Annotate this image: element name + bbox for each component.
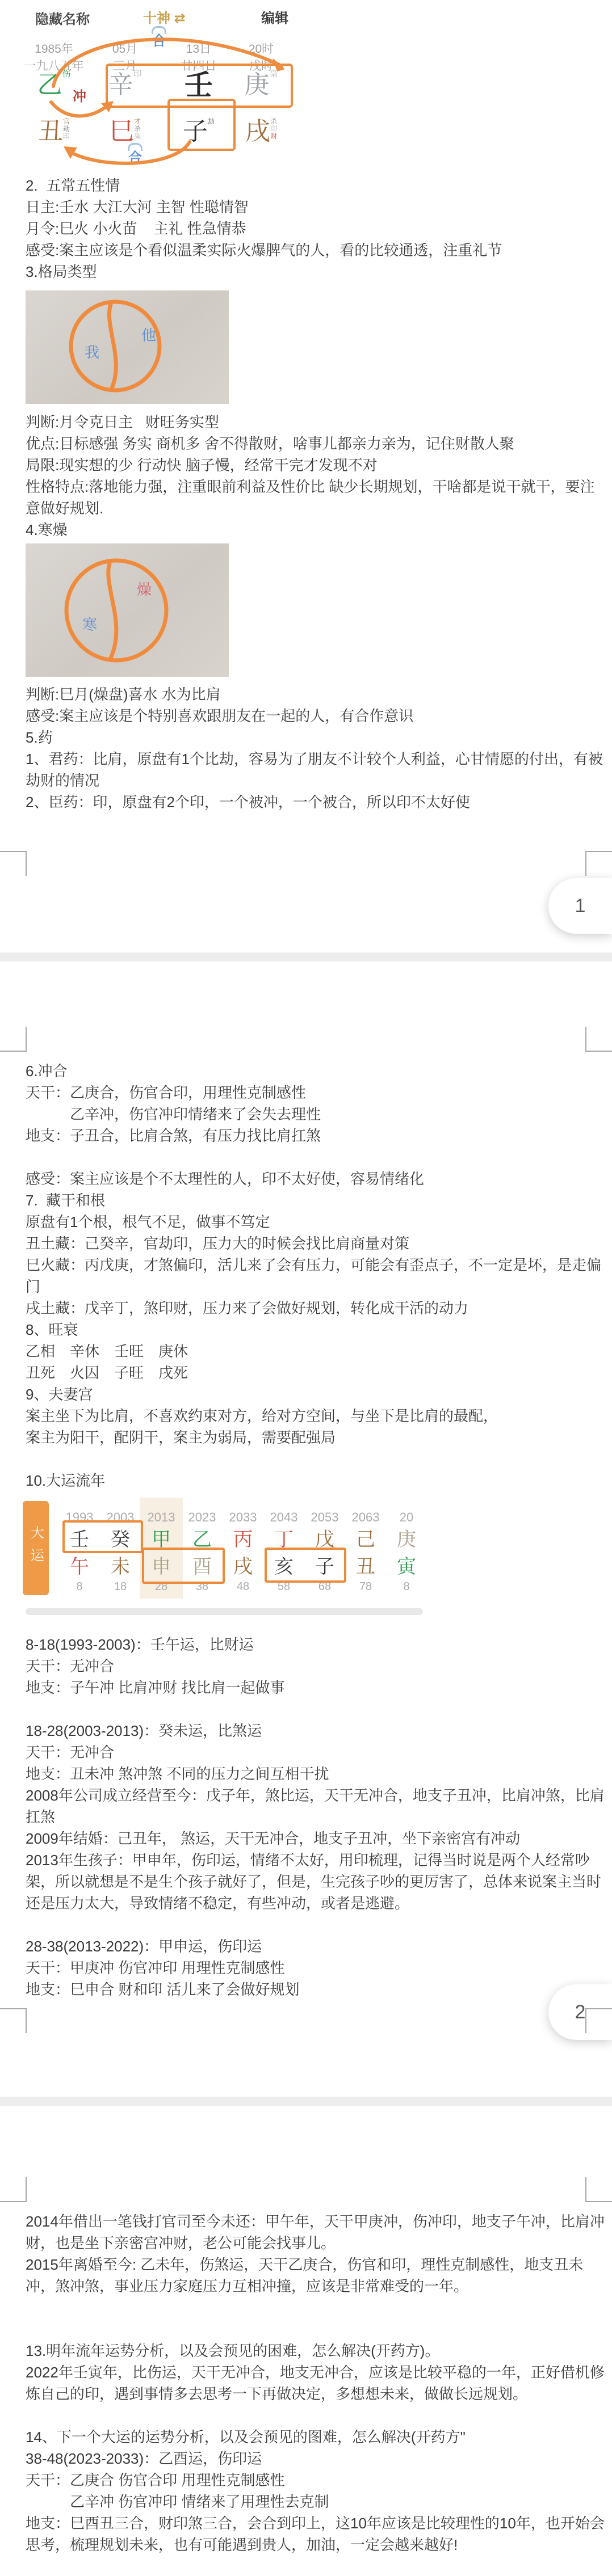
annotation-box-haizi	[265, 1548, 346, 1583]
text-line: 感受:案主应该是个看似温柔实际火爆脾气的人，看的比较通透，注重礼节	[26, 239, 595, 261]
page-3: 2014年借出一笔钱打官司至今未还：甲午年，天干甲庚冲，伤冲印，地支子午冲，比肩…	[0, 2106, 612, 2576]
cold-label: 寒	[82, 616, 97, 633]
text-line: 感受:案主应该是个特别喜欢跟朋友在一起的人，有合作意识	[26, 705, 595, 727]
text-line: 2. 五常五性情	[26, 175, 595, 196]
text-line: 地支：丑未冲 煞冲煞 不同的压力之间互相干扰	[26, 1763, 595, 1785]
text-line: 案主为阳干，配阴干，案主为弱局，需要配强局	[26, 1427, 595, 1448]
document-canvas: 隐藏名称 十神 ⇄ 编辑 合 1985年一九八五年乙伤丑官劫印05月三月辛印巳才…	[0, 0, 612, 2576]
text-line: 感受：案主应该是个不太理性的人，印不太好使，容易情绪化	[26, 1168, 595, 1190]
other-label: 他	[141, 327, 156, 344]
dayun-start-age: 18	[100, 1580, 141, 1593]
text-line: 2022年壬寅年，比伤运，天干无冲合，地支无冲合，应该是比较平稳的一年，正好借机…	[26, 2362, 595, 2383]
text-line: 财，也是坐下亲密宫冲财，老公可能会找事儿。	[26, 2232, 595, 2254]
text-line: 戌土藏：戊辛丁，煞印财，压力来了会做好规划，转化成干活的动力	[26, 1297, 595, 1319]
text-line: 性格特点:落地能力强，注重眼前利益及性价比 缺少长期规划，干啥都是说干就干，要注	[26, 476, 595, 498]
text-line	[26, 1914, 595, 1936]
page-number: 2	[575, 2001, 586, 2023]
text-line: 10.大运流年	[26, 1470, 595, 1491]
dayun-column-2033: 2033丙戌48	[223, 1498, 263, 1599]
text-line	[26, 2297, 595, 2318]
page-2: 6.冲合天干：乙庚合，伤官合印，用理性克制感性 乙辛冲，伤官冲印情绪来了会失去理…	[0, 962, 612, 2097]
text-line: 7. 藏干和根	[26, 1190, 595, 1211]
text-line: 8-18(1993-2003)：壬午运，比财运	[26, 1634, 595, 1655]
section-chonghe: 6.冲合天干：乙庚合，伤官合印，用理性克制感性 乙辛冲，伤官冲印情绪来了会失去理…	[26, 1060, 595, 1491]
text-line: 38-48(2023-2033)：乙酉运，伤印运	[26, 2448, 595, 2469]
page-number-badge: 1	[548, 878, 612, 934]
text-line: 2014年借出一笔钱打官司至今未还：甲午年，天干甲庚冲，伤冲印，地支子午冲，比肩…	[26, 2211, 595, 2232]
text-line: 乙相 辛休 壬旺 庚休	[26, 1340, 595, 1362]
dayun-year: 20	[386, 1510, 424, 1525]
dayun-branch: 午	[59, 1551, 100, 1579]
text-line: 丑死 火囚 子旺 戌死	[26, 1362, 595, 1384]
text-line: 优点:目标感强 务实 商机多 舍不得散财，啥事儿都亲力亲为，记住财散人聚	[26, 433, 595, 454]
text-line: 意做好规划.	[26, 498, 595, 519]
dayun-year: 2033	[223, 1510, 263, 1525]
section-medicine: 判断:巳月(燥盘)喜水 水为比肩感受:案主应该是个特别喜欢跟朋友在一起的人，有合…	[26, 684, 595, 813]
text-line: 8、旺衰	[26, 1319, 595, 1340]
text-line: 判断:月令克日主 财旺务实型	[26, 411, 595, 433]
text-line: 3.格局类型	[26, 261, 595, 283]
text-line: 门	[26, 1276, 595, 1297]
text-line: 案主坐下为比肩，不喜欢约束对方，给对方空间，与坐下是比肩的最配，	[26, 1405, 595, 1427]
text-line: 5.药	[26, 727, 595, 748]
text-line: 天干：无冲合	[26, 1655, 595, 1677]
text-line: 地支：子午冲 比肩冲财 找比肩一起做事	[26, 1677, 595, 1698]
dayun-year: 2053	[304, 1510, 345, 1525]
text-line	[26, 1448, 595, 1470]
dayun-stem: 庚	[386, 1524, 424, 1551]
text-line: 原盘有1个根，根气不足，做事不笃定	[26, 1211, 595, 1233]
text-line: 28-38(2013-2022)：甲申运，伤印运	[26, 1936, 595, 1957]
page-separator	[0, 2097, 612, 2106]
text-line: 地支：巳酉丑三合，财印煞三合，会合到印上，这10年应该是比较理性的10年，也开始…	[26, 2512, 595, 2534]
cold-dry-circle-drawing: 寒 燥	[26, 543, 229, 677]
self-label: 我	[85, 344, 99, 361]
yin-yang-circle-drawing: 我 他	[26, 290, 229, 404]
text-line: 天干：乙庚合，伤官合印，用理性克制感性	[26, 1082, 595, 1103]
text-line: 日主:壬水 大江大河 主智 性聪情智	[26, 196, 595, 218]
page-margin-mark	[585, 2008, 612, 2033]
text-line: 2015年离婚至今: 乙未年，伤煞运，天干乙庚合，伤官和印，理性克制感性，地支丑…	[26, 2254, 595, 2275]
text-line: 巳火藏：丙戊庚，才煞偏印，活儿来了会有压力，可能会有歪点子，不一定是坏，是走偏	[26, 1254, 595, 1276]
dayun-year: 2023	[182, 1510, 223, 1525]
dayun-stem: 己	[345, 1524, 386, 1551]
pattern-type-photo: 我 他	[26, 290, 229, 404]
dayun-branch: 丑	[345, 1551, 386, 1579]
dayun-start-age: 8	[386, 1580, 424, 1593]
annotation-box-renkui	[62, 1520, 143, 1553]
text-line: 还是压力太大，导致情绪不稳定，有些冲动，或者是逃避。	[26, 1892, 595, 1914]
section-next-cycle: 2014年借出一笔钱打官司至今未还：甲午年，天干甲庚冲，伤冲印，地支子午冲，比肩…	[26, 2211, 595, 2556]
text-line: 思考，梳理规划未来，也有可能遇到贵人，加油，一定会越来越好!	[26, 2534, 595, 2556]
page-margin-mark	[0, 1027, 27, 1052]
dayun-column-20: 20庚寅8	[386, 1498, 424, 1599]
text-line: 2、臣药：印，原盘有2个印，一个被冲，一个被合，所以印不太好使	[26, 791, 595, 813]
text-line: 18-28(2003-2013)：癸未运，比煞运	[26, 1720, 595, 1742]
text-line: 扛煞	[26, 1806, 595, 1828]
dayun-stem: 丙	[223, 1524, 263, 1551]
text-line: 2013年生孩子：甲申年，伤印运，情绪不太好，用印梳理，记得当时说是两个人经常吵	[26, 1849, 595, 1871]
text-line: 地支：子丑合，比肩合煞，有压力找比肩扛煞	[26, 1125, 595, 1146]
text-line: 乙辛冲，伤官冲印情绪来了会失去理性	[26, 1103, 595, 1125]
annotation-box-shenyou	[142, 1548, 225, 1584]
text-line: 9、夫妻宫	[26, 1384, 595, 1405]
text-line: 天干：甲庚冲 伤官冲印 用理性克制感性	[26, 1957, 595, 1979]
text-line: 月令:巳火 小火苗 主礼 性急情恭	[26, 218, 595, 239]
section-cycle-detail: 8-18(1993-2003)：壬午运，比财运天干：无冲合地支：子午冲 比肩冲财…	[26, 1634, 595, 2000]
text-line: 地支：巳申合 财和印 活儿来了会做好规划	[26, 1979, 595, 2000]
text-line: 局限:现实想的少 行动快 脑子慢，经常干完才发现不对	[26, 454, 595, 476]
text-line: 14、下一个大运的运势分析，以及会预见的图难，怎么解决(开药方"	[26, 2426, 595, 2448]
dry-label: 燥	[137, 581, 152, 598]
text-line: 乙辛冲 伤官冲印 情绪来了用理性去克制	[26, 2491, 595, 2512]
text-line: 2008年公司成立经营至今：戊子年，煞比运，天干无冲合，地支子丑冲，比肩冲煞，比…	[26, 1785, 595, 1806]
page-margin-mark	[0, 2008, 27, 2033]
page-margin-mark	[585, 2177, 612, 2202]
hand-drawn-annotation-curves	[0, 0, 363, 173]
text-line: 冲，煞冲煞，事业压力家庭压力互相冲撞，应该是非常难受的一年。	[26, 2275, 595, 2297]
section-wuchang: 2. 五常五性情日主:壬水 大江大河 主智 性聪情智月令:巳火 小火苗 主礼 性…	[26, 175, 595, 283]
text-line: 2009年结婚：己丑年， 煞运，天干无冲合，地支子丑冲，坐下亲密宫有冲动	[26, 1828, 595, 1849]
dayun-branch: 戌	[223, 1551, 263, 1579]
section-judgment1: 判断:月令克日主 财旺务实型优点:目标感强 务实 商机多 舍不得散财，啥事儿都亲…	[26, 411, 595, 541]
text-line	[26, 1146, 595, 1168]
dayun-year: 2043	[263, 1510, 304, 1525]
text-line: 判断:巳月(燥盘)喜水 水为比肩	[26, 684, 595, 705]
table-scrollbar[interactable]	[26, 1608, 423, 1615]
dayun-branch: 未	[100, 1551, 141, 1579]
text-line	[26, 1698, 595, 1720]
text-line: 天干：无冲合	[26, 1742, 595, 1763]
page-margin-mark	[585, 851, 612, 876]
page-separator	[0, 952, 612, 962]
text-line: 13.明年流年运势分析，以及会预见的困难，怎么解决(开药方)。	[26, 2340, 595, 2362]
dayun-column-2063: 2063己丑78	[345, 1498, 386, 1599]
text-line: 4.寒燥	[26, 519, 595, 541]
dayun-year: 2063	[345, 1510, 386, 1525]
text-line	[26, 2405, 595, 2426]
text-line: 1、君药：比肩，原盘有1个比劫，容易为了朋友不计较个人利益，心甘情愿的付出，有被	[26, 748, 595, 770]
dayun-luck-cycle-table: 大运 1993壬午82003癸未182013甲申282023乙酉382033丙戌…	[23, 1498, 424, 1599]
text-line: 架，所以就想是不是生个孩子就好了，但是，生完孩子吵的更厉害了，总体来说案主当时	[26, 1871, 595, 1892]
page-margin-mark	[0, 2177, 27, 2202]
text-line: 炼自己的印，遇到事情多去思考一下再做决定，多想想未来，做做长远规划。	[26, 2383, 595, 2405]
dayun-row-label: 大运	[23, 1501, 49, 1595]
text-line: 6.冲合	[26, 1060, 595, 1082]
page-margin-mark	[0, 851, 27, 876]
text-line: 天干：乙庚合 伤官合印 用理性克制感性	[26, 2469, 595, 2491]
page-1: 隐藏名称 十神 ⇄ 编辑 合 1985年一九八五年乙伤丑官劫印05月三月辛印巳才…	[0, 0, 612, 952]
dayun-start-age: 48	[223, 1580, 263, 1593]
dayun-branch: 寅	[386, 1551, 424, 1579]
dayun-year: 2013	[141, 1510, 182, 1525]
text-line: 丑土藏：己癸辛，官劫印，压力大的时候会找比肩商量对策	[26, 1233, 595, 1254]
dayun-start-age: 8	[59, 1580, 100, 1593]
text-line: 劫财的情况	[26, 770, 595, 791]
dayun-start-age: 78	[345, 1580, 386, 1593]
cold-dry-photo: 寒 燥	[26, 543, 229, 677]
page-number: 1	[575, 895, 586, 917]
page-margin-mark	[585, 1027, 612, 1052]
bazi-chart: 隐藏名称 十神 ⇄ 编辑 合 1985年一九八五年乙伤丑官劫印05月三月辛印巳才…	[0, 0, 363, 173]
text-line	[26, 2318, 595, 2340]
